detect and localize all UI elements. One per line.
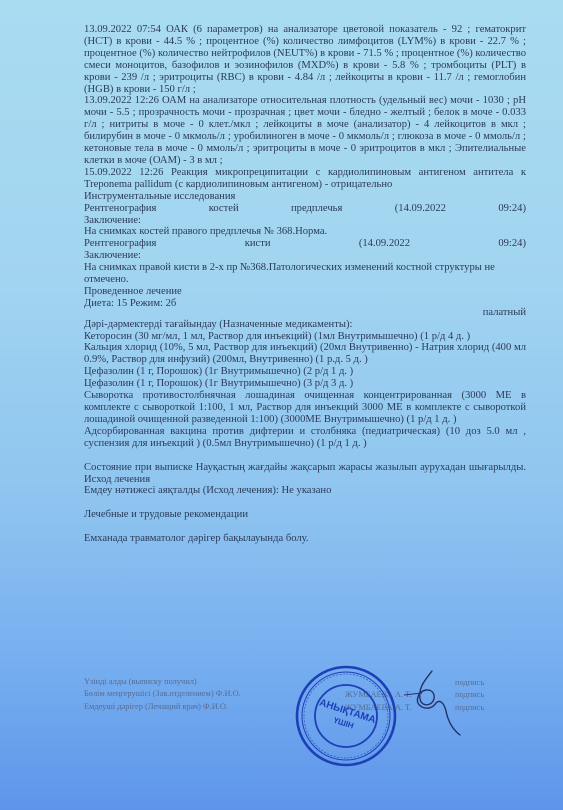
head-of-department-label: Бөлім меңгерушісі (Зав.отделением) Ф.И.О…	[84, 688, 241, 700]
xray-hand-date: (14.09.2022	[359, 238, 410, 250]
recommendation-text: Емханада травматолог дәрігер бақылауында…	[84, 533, 526, 545]
med-item: Сыворотка противостолбнячная лошадиная о…	[84, 390, 526, 426]
xray-forearm-conclusion: На снимках костей правого предплечья № 3…	[84, 226, 526, 238]
cbc-results: 13.09.2022 07:54 ОАК (6 параметров) на а…	[84, 24, 526, 95]
urinalysis-results: 13.09.2022 12:26 ОАМ на анализаторе отно…	[84, 95, 526, 166]
med-item: Кеторосин (30 мг/мл, 1 мл, Раствор для и…	[84, 331, 526, 343]
med-item: Кальция хлорид (10%, 5 мл, Раствор для и…	[84, 342, 526, 366]
signature-labels: Үзінді алды (выписку получил) Бөлім меңг…	[84, 676, 241, 713]
treatment-outcome: Емдеу нәтижесі аяқталды (Исход лечения):…	[84, 485, 526, 497]
meds-heading: Дәрі-дәрмектерді тағайындау (Назначенные…	[84, 319, 526, 331]
xray-forearm-conclusion-label: Заключение:	[84, 215, 526, 227]
diet-regime: Диета: 15 Режим: 2б	[84, 298, 176, 310]
xray-hand-label-2: кисти	[245, 238, 271, 250]
med-item: Цефазолин (1 г, Порошок) (1г Внутримышеч…	[84, 366, 526, 378]
official-stamp-icon: АНЫҚТАМА ҮШІН	[294, 664, 398, 768]
xray-forearm-label-3: предплечья	[291, 203, 342, 215]
xray-forearm-time: 09:24)	[498, 203, 526, 215]
xray-hand-conclusion: На снимках правой кисти в 2-х пр №368.Па…	[84, 262, 526, 286]
treatment-heading: Проведенное лечение	[84, 286, 526, 298]
xray-forearm-date: (14.09.2022	[395, 203, 446, 215]
syphilis-test-result: 15.09.2022 12:26 Реакция микропреципитац…	[84, 167, 526, 191]
xray-forearm-label-2: костей	[209, 203, 239, 215]
med-item: Цефазолин (1 г, Порошок) (1г Внутримышеч…	[84, 378, 526, 390]
handwritten-signature-icon	[400, 665, 480, 745]
instrumental-heading: Инструментальные исследования	[84, 191, 526, 203]
attending-doctor-label: Емдеуші дәрігер (Лечащий врач) Ф.И.О.	[84, 701, 241, 713]
xray-hand-row: Рентгенография кисти (14.09.2022 09:24)	[84, 238, 526, 250]
discharge-summary-page: 13.09.2022 07:54 ОАК (6 параметров) на а…	[84, 24, 526, 545]
xray-hand-time: 09:24)	[498, 238, 526, 250]
xray-hand-label-1: Рентгенография	[84, 238, 156, 250]
xray-forearm-label-1: Рентгенография	[84, 203, 156, 215]
xray-hand-conclusion-label: Заключение:	[84, 250, 526, 262]
med-item: Адсорбированная вакцина против дифтерии …	[84, 426, 526, 450]
xray-forearm-row: Рентгенография костей предплечья (14.09.…	[84, 203, 526, 215]
received-by-label: Үзінді алды (выписку получил)	[84, 676, 241, 688]
recommendations-heading: Лечебные и трудовые рекомендации	[84, 509, 526, 521]
discharge-state: Состояние при выписке Науқастың жағдайы …	[84, 462, 526, 486]
